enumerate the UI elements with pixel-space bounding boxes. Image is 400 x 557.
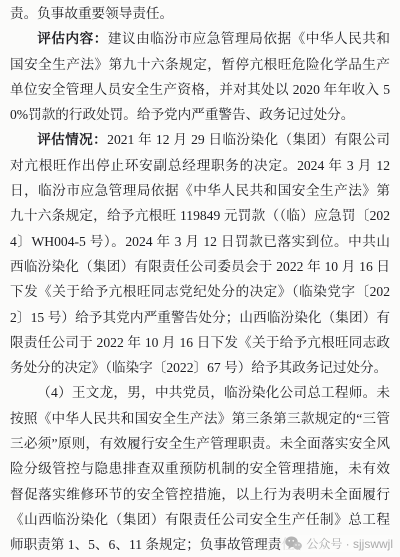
watermark: 公众号 · sjjswwjl bbox=[282, 535, 393, 552]
section-label-evaluation-situation: 评估情况： bbox=[37, 132, 107, 147]
paragraph-evaluation-content: 评估内容：建议由临汾市应急管理局依据《中华人民共和国安全生产法》第九十六条规定，… bbox=[10, 26, 390, 127]
document-page: 责。负事故重要领导责任。 评估内容：建议由临汾市应急管理局依据《中华人民共和国安… bbox=[0, 0, 400, 557]
section-label-evaluation-content: 评估内容： bbox=[37, 31, 108, 46]
paragraph-continuation: 责。负事故重要领导责任。 bbox=[10, 1, 390, 26]
paragraph-text: （4）王文龙，男，中共党员，临汾染化公司总工程师。未按照《中华人民共和国安全生产… bbox=[10, 385, 390, 552]
watermark-text: 公众号 · sjjswwjl bbox=[306, 535, 393, 552]
paragraph-text: 2021 年 12 月 29 日临汾染化（集团）有限公司对亢根旺作出停止环安副总… bbox=[10, 132, 390, 375]
wechat-icon bbox=[285, 536, 302, 551]
paragraph-person-4: （4）王文龙，男，中共党员，临汾染化公司总工程师。未按照《中华人民共和国安全生产… bbox=[10, 380, 390, 557]
paragraph-evaluation-situation: 评估情况：2021 年 12 月 29 日临汾染化（集团）有限公司对亢根旺作出停… bbox=[10, 127, 390, 380]
paragraph-text: 责。负事故重要领导责任。 bbox=[10, 6, 173, 21]
